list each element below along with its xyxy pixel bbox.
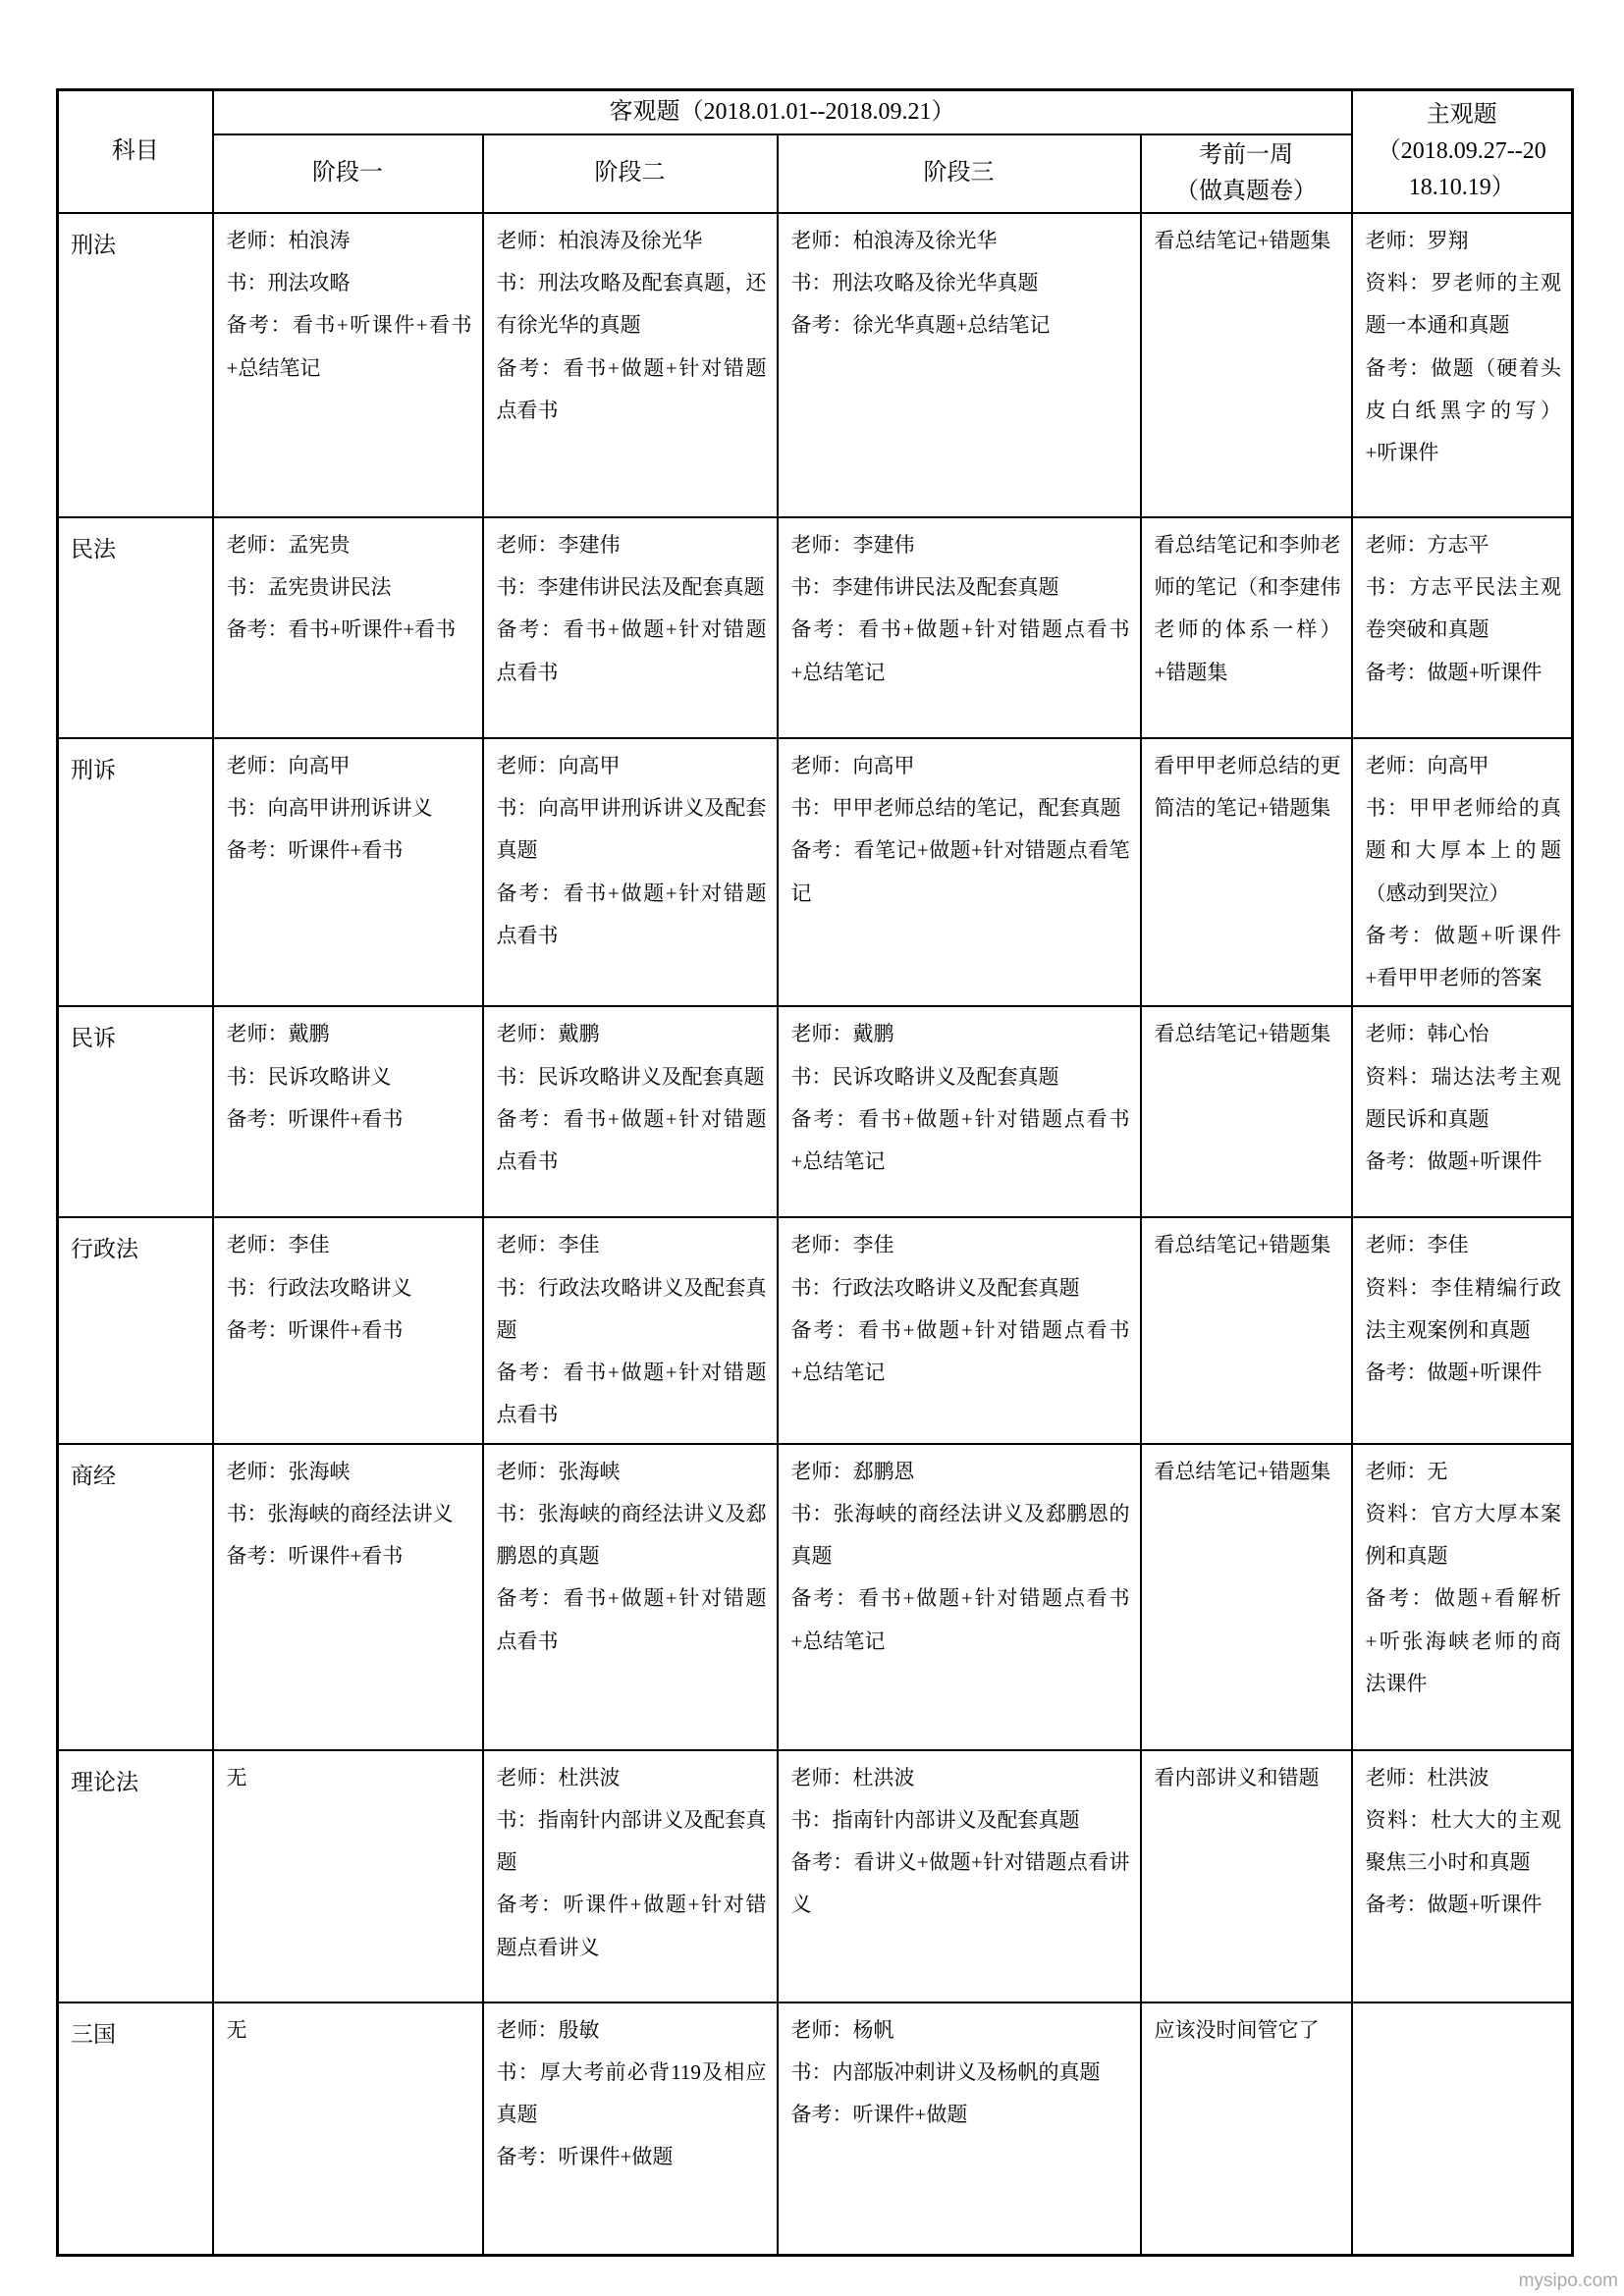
document-page: { "colors": { "border": "#000000", "text… [0, 0, 1624, 2296]
subject-cell: 民法 [58, 517, 213, 738]
phase2-cell: 老师：戴鹏 书：民诉攻略讲义及配套真题 备考：看书+做题+针对错题点看书 [483, 1006, 778, 1217]
phase3-cell: 老师：李建伟 书：李建伟讲民法及配套真题 备考：看书+做题+针对错题点看书+总结… [778, 517, 1141, 738]
header-subjective: 主观题 （2018.09.27--20 18.10.19） [1352, 90, 1573, 213]
phase1-cell: 老师：孟宪贵 书：孟宪贵讲民法 备考：看书+听课件+看书 [213, 517, 483, 738]
subjective-cell: 老师：韩心怡 资料：瑞达法考主观题民诉和真题 备考：做题+听课件 [1352, 1006, 1573, 1217]
phase1-cell: 无 [213, 1750, 483, 2002]
phase1-cell: 无 [213, 2002, 483, 2256]
phase1-cell: 老师：柏浪涛 书：刑法攻略 备考：看书+听课件+看书+总结笔记 [213, 213, 483, 517]
week-before-cell: 看总结笔记+错题集 [1141, 213, 1352, 517]
week-before-cell: 看总结笔记+错题集 [1141, 1217, 1352, 1443]
subjective-cell: 老师：向高甲 书：甲甲老师给的真题和大厚本上的题（感动到哭泣） 备考：做题+听课… [1352, 738, 1573, 1007]
site-watermark: mysipo.com [1519, 2270, 1618, 2292]
subject-cell: 商经 [58, 1444, 213, 1750]
week-before-cell: 看总结笔记+错题集 [1141, 1444, 1352, 1750]
week-before-cell: 应该没时间管它了 [1141, 2002, 1352, 2256]
phase2-cell: 老师：殷敏 书：厚大考前必背119及相应真题 备考：听课件+做题 [483, 2002, 778, 2256]
phase3-cell: 老师：杜洪波 书：指南针内部讲义及配套真题 备考：看讲义+做题+针对错题点看讲义 [778, 1750, 1141, 2002]
phase2-cell: 老师：柏浪涛及徐光华 书：刑法攻略及配套真题，还有徐光华的真题 备考：看书+做题… [483, 213, 778, 517]
header-phase-1: 阶段一 [213, 134, 483, 213]
subject-cell: 行政法 [58, 1217, 213, 1443]
subjective-cell [1352, 2002, 1573, 2256]
phase3-cell: 老师：向高甲 书：甲甲老师总结的笔记，配套真题 备考：看笔记+做题+针对错题点看… [778, 738, 1141, 1007]
phase2-cell: 老师：李佳 书：行政法攻略讲义及配套真题 备考：看书+做题+针对错题点看书 [483, 1217, 778, 1443]
subject-cell: 理论法 [58, 1750, 213, 2002]
phase3-cell: 老师：杨帆 书：内部版冲刺讲义及杨帆的真题 备考：听课件+做题 [778, 2002, 1141, 2256]
phase1-cell: 老师：向高甲 书：向高甲讲刑诉讲义 备考：听课件+看书 [213, 738, 483, 1007]
subject-cell: 民诉 [58, 1006, 213, 1217]
week-before-cell: 看内部讲义和错题 [1141, 1750, 1352, 2002]
phase1-cell: 老师：张海峡 书：张海峡的商经法讲义 备考：听课件+看书 [213, 1444, 483, 1750]
table-row: 理论法 无 老师：杜洪波 书：指南针内部讲义及配套真题 备考：听课件+做题+针对… [58, 1750, 1573, 2002]
week-before-cell: 看总结笔记和李帅老师的笔记（和李建伟老师的体系一样）+错题集 [1141, 517, 1352, 738]
phase1-cell: 老师：李佳 书：行政法攻略讲义 备考：听课件+看书 [213, 1217, 483, 1443]
phase3-cell: 老师：李佳 书：行政法攻略讲义及配套真题 备考：看书+做题+针对错题点看书+总结… [778, 1217, 1141, 1443]
subjective-cell: 老师：罗翔 资料：罗老师的主观题一本通和真题 备考：做题（硬着头皮白纸黑字的写）… [1352, 213, 1573, 517]
table-row: 民法 老师：孟宪贵 书：孟宪贵讲民法 备考：看书+听课件+看书 老师：李建伟 书… [58, 517, 1573, 738]
table-row: 三国 无 老师：殷敏 书：厚大考前必背119及相应真题 备考：听课件+做题 老师… [58, 2002, 1573, 2256]
header-row-phases: 阶段一 阶段二 阶段三 考前一周 （做真题卷） [58, 134, 1573, 213]
phase2-cell: 老师：向高甲 书：向高甲讲刑诉讲义及配套真题 备考：看书+做题+针对错题点看书 [483, 738, 778, 1007]
subjective-cell: 老师：李佳 资料：李佳精编行政法主观案例和真题 备考：做题+听课件 [1352, 1217, 1573, 1443]
subjective-cell: 老师：方志平 书：方志平民法主观卷突破和真题 备考：做题+听课件 [1352, 517, 1573, 738]
subjective-cell: 老师：无 资料：官方大厚本案例和真题 备考：做题+看解析+听张海峡老师的商法课件 [1352, 1444, 1573, 1750]
header-phase-2: 阶段二 [483, 134, 778, 213]
table-row: 刑法 老师：柏浪涛 书：刑法攻略 备考：看书+听课件+看书+总结笔记 老师：柏浪… [58, 213, 1573, 517]
header-phase-3: 阶段三 [778, 134, 1141, 213]
table-row: 民诉 老师：戴鹏 书：民诉攻略讲义 备考：听课件+看书 老师：戴鹏 书：民诉攻略… [58, 1006, 1573, 1217]
header-subject-col: 科目 [58, 90, 213, 213]
week-before-cell: 看总结笔记+错题集 [1141, 1006, 1352, 1217]
week-before-cell: 看甲甲老师总结的更简洁的笔记+错题集 [1141, 738, 1352, 1007]
phase3-cell: 老师：郄鹏恩 书：张海峡的商经法讲义及郄鹏恩的真题 备考：看书+做题+针对错题点… [778, 1444, 1141, 1750]
header-week-before: 考前一周 （做真题卷） [1141, 134, 1352, 213]
table-row: 行政法 老师：李佳 书：行政法攻略讲义 备考：听课件+看书 老师：李佳 书：行政… [58, 1217, 1573, 1443]
header-objective: 客观题（2018.01.01--2018.09.21） [213, 90, 1352, 134]
subjective-cell: 老师：杜洪波 资料：杜大大的主观聚焦三小时和真题 备考：做题+听课件 [1352, 1750, 1573, 2002]
subject-cell: 刑法 [58, 213, 213, 517]
phase2-cell: 老师：杜洪波 书：指南针内部讲义及配套真题 备考：听课件+做题+针对错题点看讲义 [483, 1750, 778, 2002]
phase1-cell: 老师：戴鹏 书：民诉攻略讲义 备考：听课件+看书 [213, 1006, 483, 1217]
phase3-cell: 老师：戴鹏 书：民诉攻略讲义及配套真题 备考：看书+做题+针对错题点看书+总结笔… [778, 1006, 1141, 1217]
subject-cell: 刑诉 [58, 738, 213, 1007]
header-row-top: 科目 客观题（2018.01.01--2018.09.21） 主观题 （2018… [58, 90, 1573, 134]
phase3-cell: 老师：柏浪涛及徐光华 书：刑法攻略及徐光华真题 备考：徐光华真题+总结笔记 [778, 213, 1141, 517]
phase2-cell: 老师：张海峡 书：张海峡的商经法讲义及郄鹏恩的真题 备考：看书+做题+针对错题点… [483, 1444, 778, 1750]
study-plan-table: 科目 客观题（2018.01.01--2018.09.21） 主观题 （2018… [56, 88, 1574, 2257]
table-row: 商经 老师：张海峡 书：张海峡的商经法讲义 备考：听课件+看书 老师：张海峡 书… [58, 1444, 1573, 1750]
table-row: 刑诉 老师：向高甲 书：向高甲讲刑诉讲义 备考：听课件+看书 老师：向高甲 书：… [58, 738, 1573, 1007]
phase2-cell: 老师：李建伟 书：李建伟讲民法及配套真题 备考：看书+做题+针对错题点看书 [483, 517, 778, 738]
subject-cell: 三国 [58, 2002, 213, 2256]
